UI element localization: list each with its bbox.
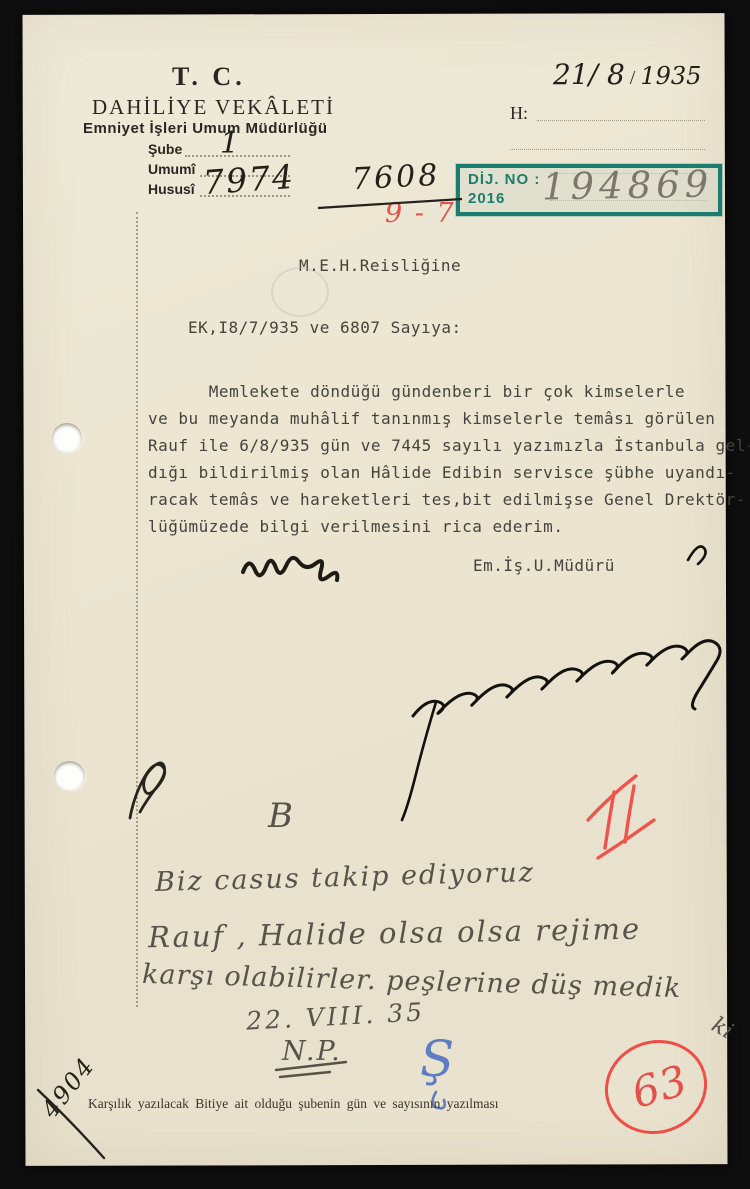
left-paraph-scribble — [130, 763, 165, 818]
ref-number-underline — [318, 199, 462, 208]
director-signature-tail — [402, 702, 436, 820]
approval-scribble — [243, 558, 337, 580]
footer-instruction: Karşılık yazılacak Bitiye ait olduğu şub… — [88, 1096, 499, 1112]
director-signature — [413, 641, 720, 716]
faint-pencil-circle — [272, 268, 328, 316]
pencil-initials: N.P. — [282, 1036, 342, 1067]
blue-paraph: Ş — [420, 1030, 454, 1088]
pencil-letter-b: B — [268, 796, 293, 836]
director-signature-flourish — [688, 547, 706, 565]
